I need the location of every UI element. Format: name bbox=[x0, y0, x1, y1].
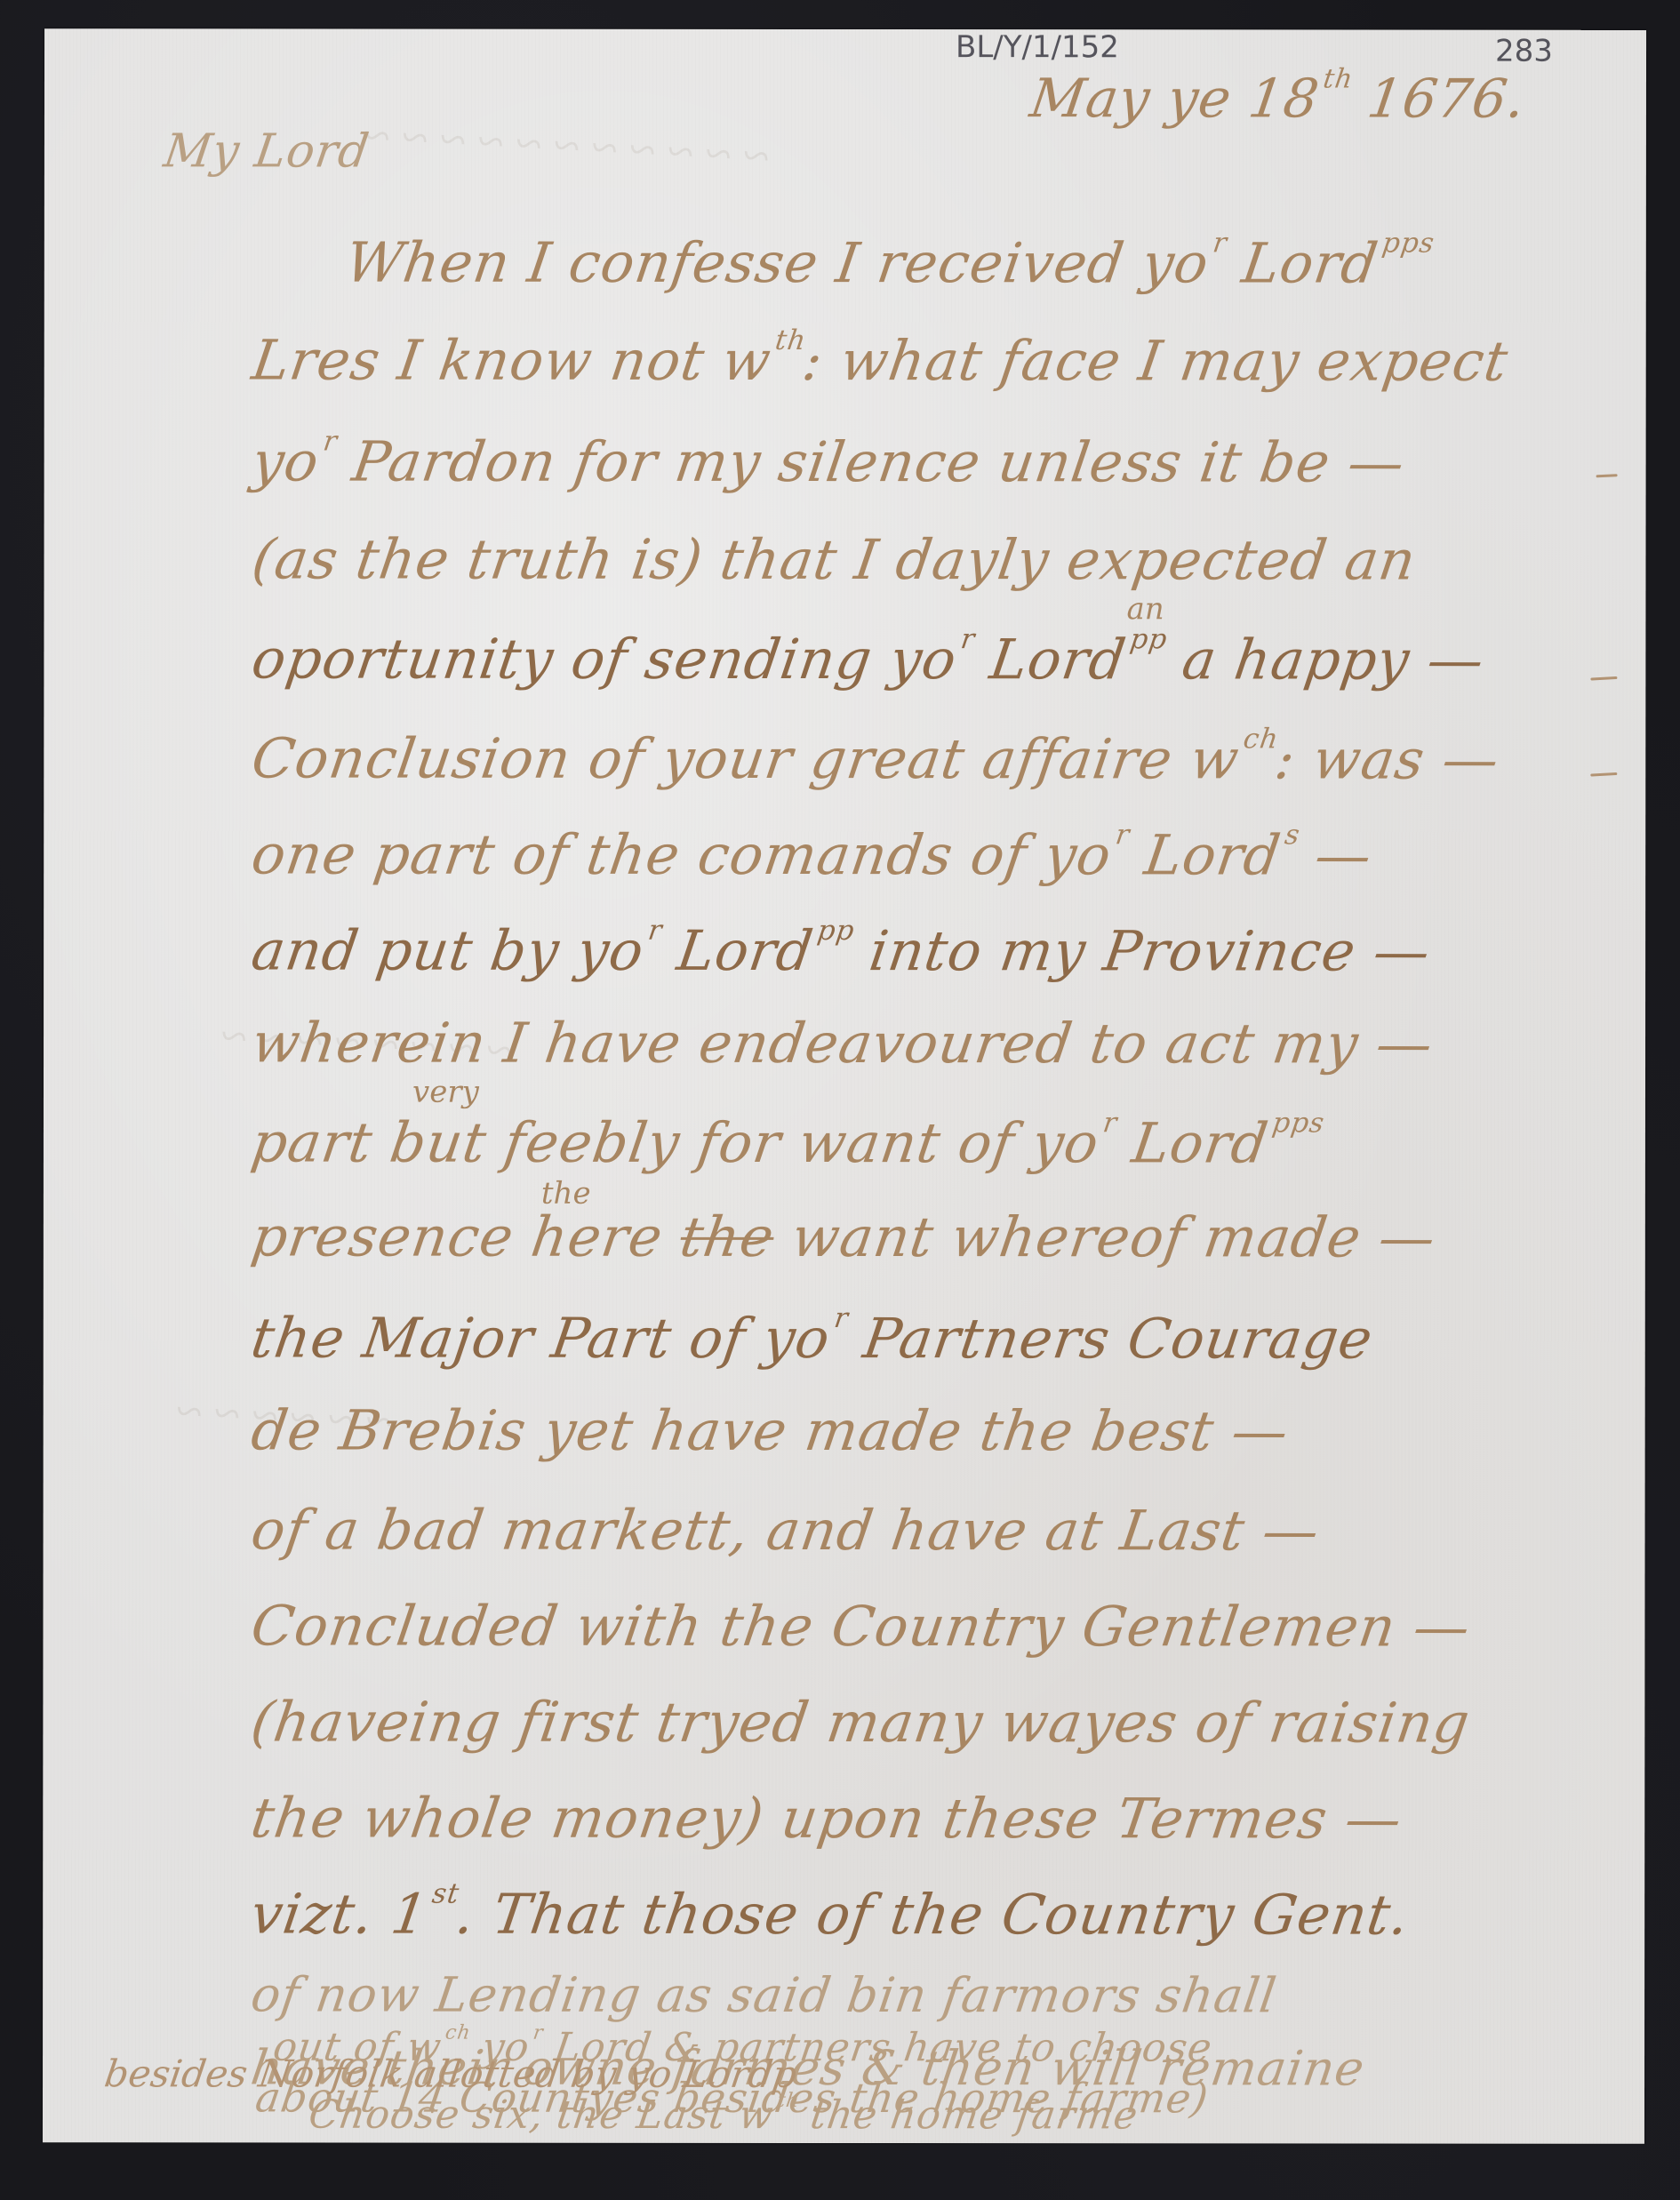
letter-line: When I confesse I received yor Lordpps bbox=[341, 227, 1436, 296]
letter-line: vizt. 1st. That those of the Country Gen… bbox=[247, 1877, 1414, 1947]
letter-line: oportunity of sending yor Lordpp a happy… bbox=[248, 622, 1489, 692]
archive-reference: BL/Y/1/152 bbox=[956, 29, 1119, 65]
letter-line: Conclusion of your great affaire wch: wa… bbox=[248, 722, 1504, 791]
date-day: 18th bbox=[1244, 68, 1355, 130]
interlinear-insertion: very bbox=[412, 1075, 479, 1110]
letter-line: (as the truth is) that I dayly expected … bbox=[248, 526, 1420, 592]
date-line: May ye 18th 1676. bbox=[1027, 63, 1531, 130]
line-end-flourish bbox=[1590, 676, 1617, 681]
letter-line: wherein I have endeavoured to act my — bbox=[248, 1010, 1437, 1076]
letter-line: presence here the want whereof made — bbox=[248, 1204, 1440, 1269]
letter-line: Concluded with the Country Gentlemen — bbox=[247, 1593, 1475, 1659]
manuscript-page: ~ ~ ~ ~ ~ ~ ~ ~ ~ ~ ~ ~ ~ ~ ~ ~ ~ ~ ~ ~ … bbox=[43, 28, 1646, 2144]
letter-line: of now Lending as said bin farmors shall bbox=[248, 1966, 1281, 2023]
letter-line: the whole money) upon these Termes — bbox=[247, 1785, 1406, 1851]
salutation: My Lord bbox=[161, 124, 373, 178]
letter-line: yor Pardon for my silence unless it be — bbox=[248, 425, 1410, 494]
letter-line: one part of the comands of yor Lords — bbox=[248, 818, 1377, 887]
letter-line: the Major Part of yor Partners Courage bbox=[247, 1301, 1377, 1371]
date-year: 1676. bbox=[1364, 68, 1530, 131]
line-end-flourish bbox=[1590, 772, 1617, 777]
verso-bleed-through: ~ ~ ~ ~ ~ ~ ~ ~ ~ ~ ~ bbox=[364, 108, 772, 184]
letter-line: part but feebly for want of yor Lordpps bbox=[247, 1106, 1326, 1175]
line-end-flourish bbox=[1596, 474, 1618, 477]
interlinear-insertion: an bbox=[1126, 591, 1164, 627]
letter-line: and put by yor Lordpp into my Province — bbox=[248, 914, 1436, 983]
letter-line: Choose six, the Last wth the home farme bbox=[306, 2089, 1141, 2138]
date-month: May bbox=[1027, 68, 1155, 130]
struck-word: the bbox=[676, 1204, 779, 1269]
letter-line: de Brebis yet have made the best — bbox=[248, 1397, 1293, 1463]
date-day-prefix: ye bbox=[1164, 68, 1236, 130]
letter-line: Lres I know not wth: what face I may exp… bbox=[248, 324, 1513, 393]
letter-line: (haveing first tryed many wayes of raisi… bbox=[247, 1689, 1474, 1755]
letter-line: of a bad markett, and have at Last — bbox=[247, 1497, 1324, 1563]
